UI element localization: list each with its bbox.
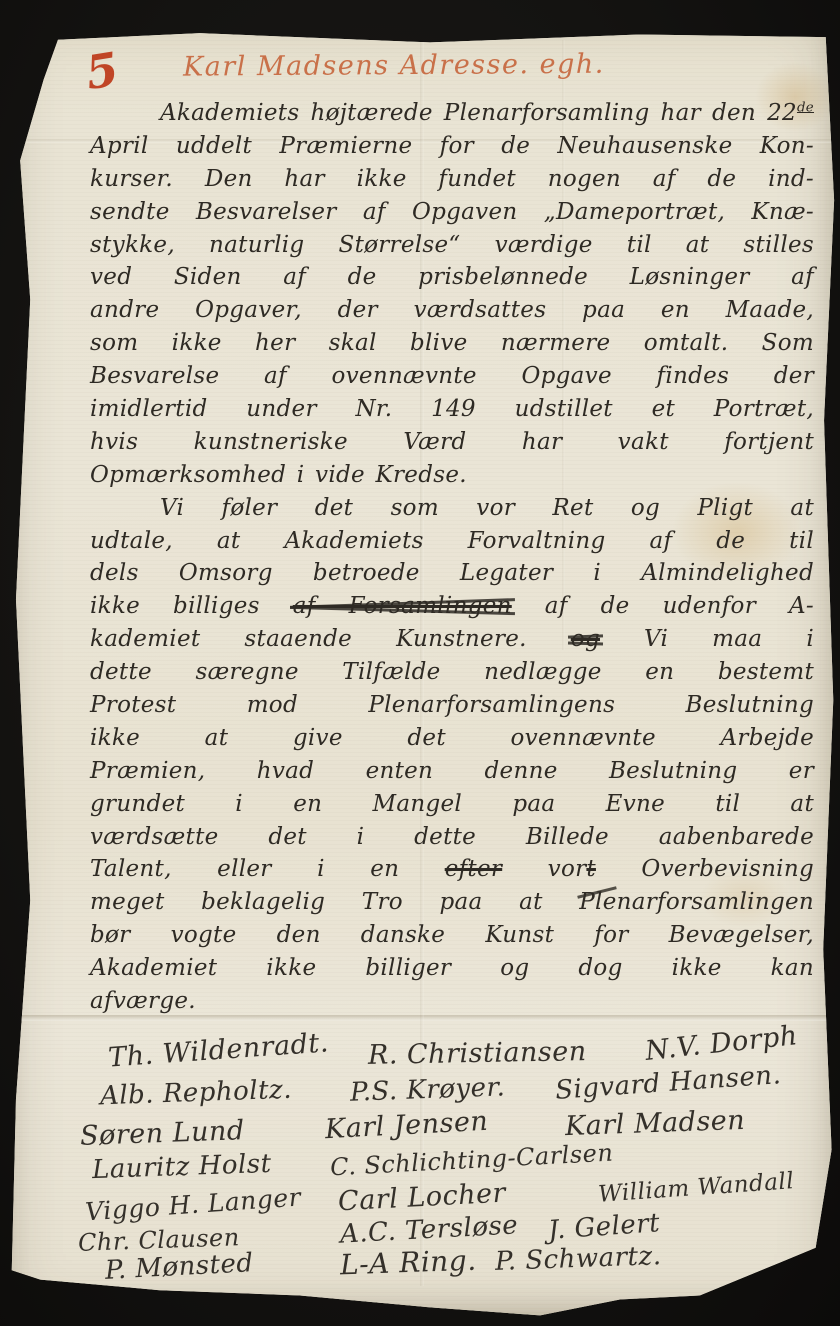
text-line: kademiet staaende Kunstnere. og Vi maa i <box>90 626 814 659</box>
text-line: meget beklagelig Tro paa at Plenarforsam… <box>90 889 814 922</box>
text-line: imidlertid under Nr. 149 udstillet et Po… <box>90 396 814 429</box>
signature: C. Schlichting-Carlsen <box>329 1139 613 1182</box>
text-line: stykke, naturlig Størrelse“ værdige til … <box>90 232 814 265</box>
signature: J. Gelert <box>547 1208 661 1246</box>
text-line: andre Opgaver, der værdsattes paa en Maa… <box>90 297 814 330</box>
manuscript-page: 5 Karl Madsens Adresse. egh. Akademiets … <box>0 0 840 1326</box>
photo-background: 5 Karl Madsens Adresse. egh. Akademiets … <box>0 0 840 1326</box>
signature: P.S. Krøyer. <box>350 1072 506 1107</box>
text-line: kurser. Den har ikke fundet nogen af de … <box>90 166 814 199</box>
text-line: Vi føler det som vor Ret og Pligt at <box>90 495 814 528</box>
text-line: dels Omsorg betroede Legater i Almindeli… <box>90 560 814 593</box>
text-line: ikke billiges af Forsamlingen af de uden… <box>90 593 814 626</box>
text-line: Opmærksomhed i vide Kredse. <box>90 462 814 495</box>
text-line: Akademiet ikke billiger og dog ikke kan <box>90 955 814 988</box>
text-line: April uddelt Præmierne for de Neuhausens… <box>90 133 814 166</box>
signature: Viggo H. Langer <box>84 1182 302 1226</box>
text-line: sendte Besvarelser af Opgaven „Dameportr… <box>90 199 814 232</box>
signature: Alb. Repholtz. <box>100 1075 293 1112</box>
signature: P. Mønsted <box>104 1248 254 1286</box>
text-line: Akademiets højtærede Plenarforsamling ha… <box>90 100 814 133</box>
letter-body: Akademiets højtærede Plenarforsamling ha… <box>90 100 814 1021</box>
signature: Sigvard Hansen. <box>554 1060 782 1106</box>
text-line: ikke at give det ovennævnte Arbejde <box>90 725 814 758</box>
text-line: afværge. <box>90 988 814 1021</box>
text-line: grundet i en Mangel paa Evne til at <box>90 791 814 824</box>
text-line: som ikke her skal blive nærmere omtalt. … <box>90 330 814 363</box>
text-line: Protest mod Plenarforsamlingens Beslutni… <box>90 692 814 725</box>
text-line: Talent, eller i en efter vort Overbevisn… <box>90 856 814 889</box>
signature: William Wandall <box>597 1168 795 1208</box>
text-line: Præmien, hvad enten denne Beslutning er <box>90 758 814 791</box>
text-line: dette særegne Tilfælde nedlægge en beste… <box>90 659 814 692</box>
signature: R. Christiansen <box>368 1036 587 1071</box>
text-line: hvis kunstneriske Værd har vakt fortjent <box>90 429 814 462</box>
signature: P. Schwartz. <box>495 1241 662 1277</box>
signature: Lauritz Holst <box>92 1149 273 1185</box>
paper-surface: 5 Karl Madsens Adresse. egh. Akademiets … <box>0 0 840 1326</box>
text-line: Besvarelse af ovennævnte Opgave findes d… <box>90 363 814 396</box>
page-number: 5 <box>82 42 122 100</box>
signature: Karl Jensen <box>324 1106 489 1146</box>
signature: A.C. Tersløse <box>339 1210 519 1249</box>
signature: Karl Madsen <box>565 1105 746 1142</box>
signature: Søren Lund <box>80 1115 246 1152</box>
text-line: bør vogte den danske Kunst for Bevægelse… <box>90 922 814 955</box>
text-line: udtale, at Akademiets Forvaltning af de … <box>90 528 814 561</box>
signature: L-A Ring. <box>339 1244 477 1282</box>
signature: Th. Wildenradt. <box>107 1027 330 1073</box>
archivist-heading-red-ink: Karl Madsens Adresse. egh. <box>183 48 643 82</box>
text-line: ved Siden af de prisbelønnede Løsninger … <box>90 264 814 297</box>
text-line: værdsætte det i dette Billede aabenbared… <box>90 824 814 857</box>
